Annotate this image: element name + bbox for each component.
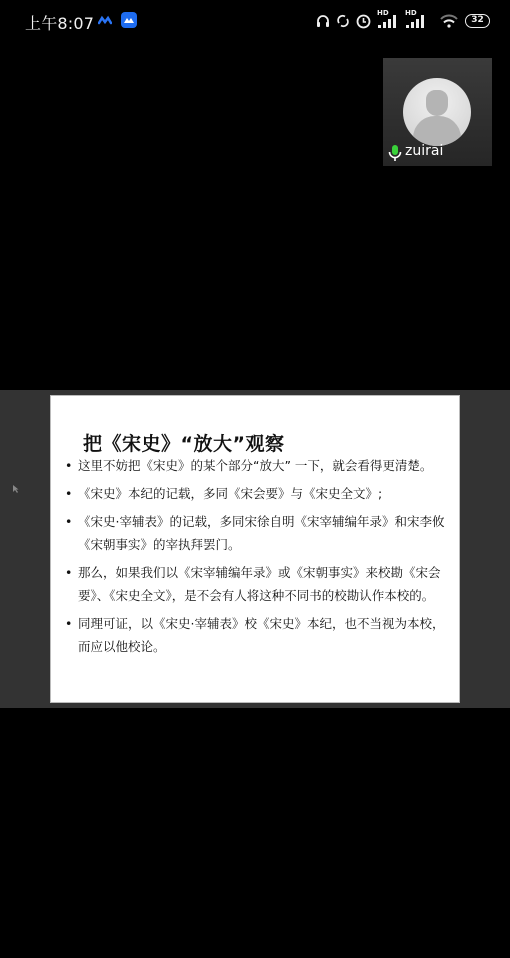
status-icons: HD HD 32	[316, 11, 490, 31]
battery-indicator: 32	[465, 14, 490, 28]
bullet-item: 《宋史》本纪的记载，多同《宋会要》与《宋史全文》;	[65, 482, 451, 505]
participant-video-tile[interactable]: zuirai	[383, 58, 492, 166]
alarm-icon	[356, 14, 371, 29]
bullet-item: 同理可证，以《宋史·宰辅表》校《宋史》本纪，也不当视为本校，而应以他校论。	[65, 612, 451, 658]
app-icon	[121, 12, 137, 28]
app-notification-icon	[98, 15, 112, 25]
participant-name: zuirai	[405, 143, 443, 159]
clock: 上午8:07	[25, 11, 94, 34]
sync-icon	[336, 14, 350, 28]
avatar-shoulders	[413, 116, 461, 146]
cursor-icon	[13, 485, 19, 493]
slide-title: 把《宋史》“放大”观察	[83, 429, 284, 456]
hd-signal-icon: HD	[405, 12, 427, 30]
hd-signal-icon: HD	[377, 12, 399, 30]
avatar-head	[426, 90, 448, 116]
status-bar: 上午8:07 HD HD	[0, 0, 510, 42]
wifi-icon	[439, 14, 459, 28]
slide-bullet-list: 这里不妨把《宋史》的某个部分“放大” 一下，就会看得更清楚。 《宋史》本纪的记载…	[65, 454, 451, 663]
avatar	[403, 78, 471, 146]
presentation-slide: 把《宋史》“放大”观察 这里不妨把《宋史》的某个部分“放大” 一下，就会看得更清…	[50, 395, 460, 703]
bullet-item: 《宋史·宰辅表》的记载，多同宋徐自明《宋宰辅编年录》和宋李攸《宋朝事实》的宰执拜…	[65, 510, 451, 556]
headphones-icon	[316, 14, 330, 28]
bullet-item: 这里不妨把《宋史》的某个部分“放大” 一下，就会看得更清楚。	[65, 454, 451, 477]
bullet-item: 那么，如果我们以《宋宰辅编年录》或《宋朝事实》来校勘《宋会要》、《宋史全文》，是…	[65, 561, 451, 607]
microphone-icon	[388, 144, 402, 162]
